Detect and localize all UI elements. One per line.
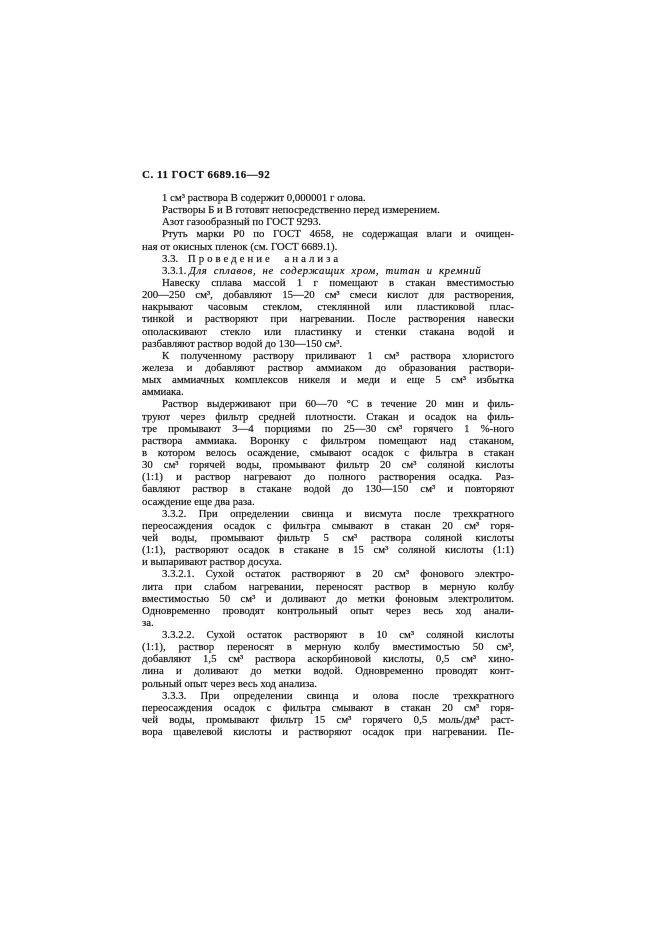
text-line: аммиака. xyxy=(142,386,514,398)
text-line: вместимостью 50 см³ и доливают до метки … xyxy=(142,593,514,605)
text-line: добавляют 1,5 см³ раствора аскорбиновой … xyxy=(142,653,514,665)
text-line: 3.3.3. При определении свинца и олова по… xyxy=(142,690,514,702)
page-header: С. 11 ГОСТ 6689.16—92 xyxy=(142,169,270,181)
text-line: тинкой и растворяют при нагревании. Посл… xyxy=(142,313,514,325)
text-line: (1:1) и раствор нагревают до полного рас… xyxy=(142,471,514,483)
heading-text: Для сплавов, не содержащих хром, титан и… xyxy=(189,265,481,277)
section-heading: 3.3. Проведение анализа xyxy=(142,253,514,265)
text-line: (1:1), раствор переносят в мерную колбу … xyxy=(142,641,514,653)
text-line: Растворы Б и В готовят непосредственно п… xyxy=(142,204,514,216)
text-line: 3.3.2.1. Сухой остаток растворяют в 20 с… xyxy=(142,568,514,580)
heading-number: 3.3. xyxy=(162,253,178,265)
text-line: лита при слабом нагревании, переносят ра… xyxy=(142,581,514,593)
text-line: Азот газообразный по ГОСТ 9293. xyxy=(142,216,514,228)
document-body: 1 см³ раствора В содержит 0,000001 г оло… xyxy=(142,192,514,738)
text-line: и выпаривают раствор досуха. xyxy=(142,556,514,568)
text-line: чей воды, промывают фильтр 5 см³ раствор… xyxy=(142,532,514,544)
text-line: раствора аммиака. Воронку с фильтром пом… xyxy=(142,435,514,447)
text-line: бавляют раствор в стакане водой до 130—1… xyxy=(142,483,514,495)
page: С. 11 ГОСТ 6689.16—92 1 см³ раствора В с… xyxy=(0,0,661,935)
text-line: труют через фильтр средней плотности. Ст… xyxy=(142,411,514,423)
text-line: железа и добавляют раствор аммиаком до о… xyxy=(142,362,514,374)
text-line: тре промывают 3—4 порциями по 25—30 см³ … xyxy=(142,423,514,435)
heading-text: Проведение анализа xyxy=(188,253,341,265)
text-line: в котором велось осаждение, смывают осад… xyxy=(142,447,514,459)
text-line: 200—250 см³, добавляют 15—20 см³ смеси к… xyxy=(142,289,514,301)
text-line: рольный опыт через весь ход анализа. xyxy=(142,678,514,690)
text-line: ополаскивают стекло или пластинку и стен… xyxy=(142,326,514,338)
text-line: за. xyxy=(142,617,514,629)
text-line: чей воды, промывают фильтр 15 см³ горяче… xyxy=(142,714,514,726)
text-line: переосаждения осадок с фильтра смывают в… xyxy=(142,520,514,532)
text-line: вора щавелевой кислоты и растворяют осад… xyxy=(142,726,514,738)
text-line: 3.3.2.2. Сухой остаток растворяют в 10 с… xyxy=(142,629,514,641)
text-line: 1 см³ раствора В содержит 0,000001 г оло… xyxy=(142,192,514,204)
text-line: накрывают часовым стеклом, стеклянной ил… xyxy=(142,301,514,313)
text-line: переосаждения осадок с фильтра смывают в… xyxy=(142,702,514,714)
text-line: Ртуть марки Р0 по ГОСТ 4658, не содержащ… xyxy=(142,228,514,240)
text-line: Навеску сплава массой 1 г помещают в ста… xyxy=(142,277,514,289)
subsection-heading: 3.3.1. Для сплавов, не содержащих хром, … xyxy=(142,265,514,277)
text-line: ная от окисных пленок (см. ГОСТ 6689.1). xyxy=(142,241,514,253)
text-line: мых аммиачных комплексов никеля и меди и… xyxy=(142,374,514,386)
text-line: 3.3.2. При определении свинца и висмута … xyxy=(142,508,514,520)
text-line: К полученному раствору приливают 1 см³ р… xyxy=(142,350,514,362)
text-line: 30 см³ горячей воды, промывают фильтр 20… xyxy=(142,459,514,471)
text-line: осаждение еще два раза. xyxy=(142,496,514,508)
text-line: Раствор выдерживают при 60—70 °С в течен… xyxy=(142,398,514,410)
text-line: Одновременно проводят контрольный опыт ч… xyxy=(142,605,514,617)
heading-number: 3.3.1. xyxy=(162,265,186,277)
text-line: лина и доливают до метки водой. Одноврем… xyxy=(142,665,514,677)
text-line: (1:1), растворяют осадок в стакане в 15 … xyxy=(142,544,514,556)
text-line: разбавляют раствор водой до 130—150 см³. xyxy=(142,338,514,350)
